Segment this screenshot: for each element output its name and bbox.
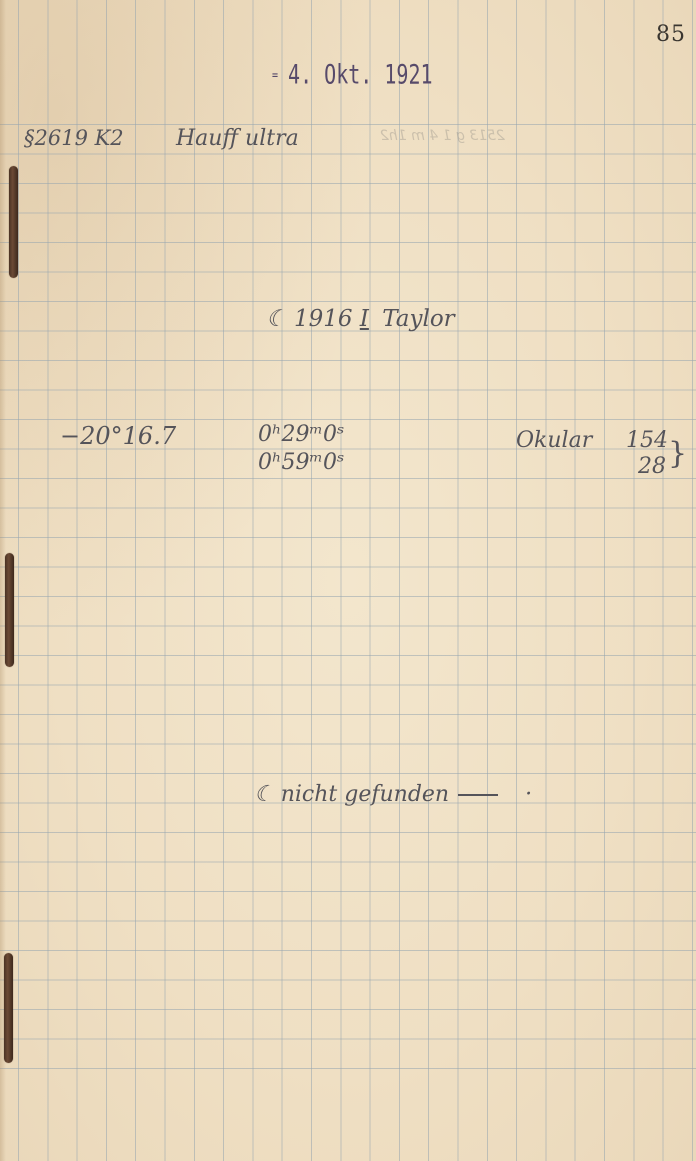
instrument-note: Hauff ultra: [176, 126, 299, 151]
binding-stitch-middle: [5, 553, 14, 667]
catalog-reference: §2619 K2: [24, 126, 124, 150]
result-underline-stroke: [458, 794, 498, 796]
date-stamp: =4. Okt. 1921: [272, 58, 433, 90]
page-number: 85: [656, 22, 686, 47]
notebook-page: 85 =4. Okt. 1921 §2619 K2 Hauff ultra 25…: [0, 0, 696, 1161]
declination: −20°16.7: [60, 422, 176, 450]
grid-horizontal-lines: [0, 124, 696, 1077]
stamp-prefix: =: [272, 69, 278, 84]
binding-stitch-bottom: [4, 953, 13, 1063]
observation-result: ☾ nicht gefunden ·: [254, 782, 532, 807]
binding-stitch-top: [9, 166, 18, 278]
result-period: ·: [525, 782, 532, 807]
catalog-ref: §2619 K2: [24, 126, 124, 150]
object-name: Taylor: [382, 306, 454, 332]
comet-symbol: ☾: [266, 306, 287, 332]
bleed-through-text: 2513 g 1 4 m 1h2: [380, 128, 505, 144]
stamp-date: 4. Okt. 1921: [288, 58, 433, 90]
time-2: 0ʰ59ᵐ0ˢ: [258, 450, 344, 475]
okular-value-1: 154: [626, 428, 668, 453]
object-designation: ☾ 1916 I Taylor: [266, 306, 455, 332]
okular-label: Okular: [516, 428, 592, 453]
object-year: 1916: [294, 306, 353, 332]
okular-value-2: 28: [638, 454, 666, 479]
time-1: 0ʰ29ᵐ0ˢ: [258, 422, 344, 447]
okular-brace: }: [668, 436, 687, 471]
object-roman: I: [360, 306, 369, 332]
